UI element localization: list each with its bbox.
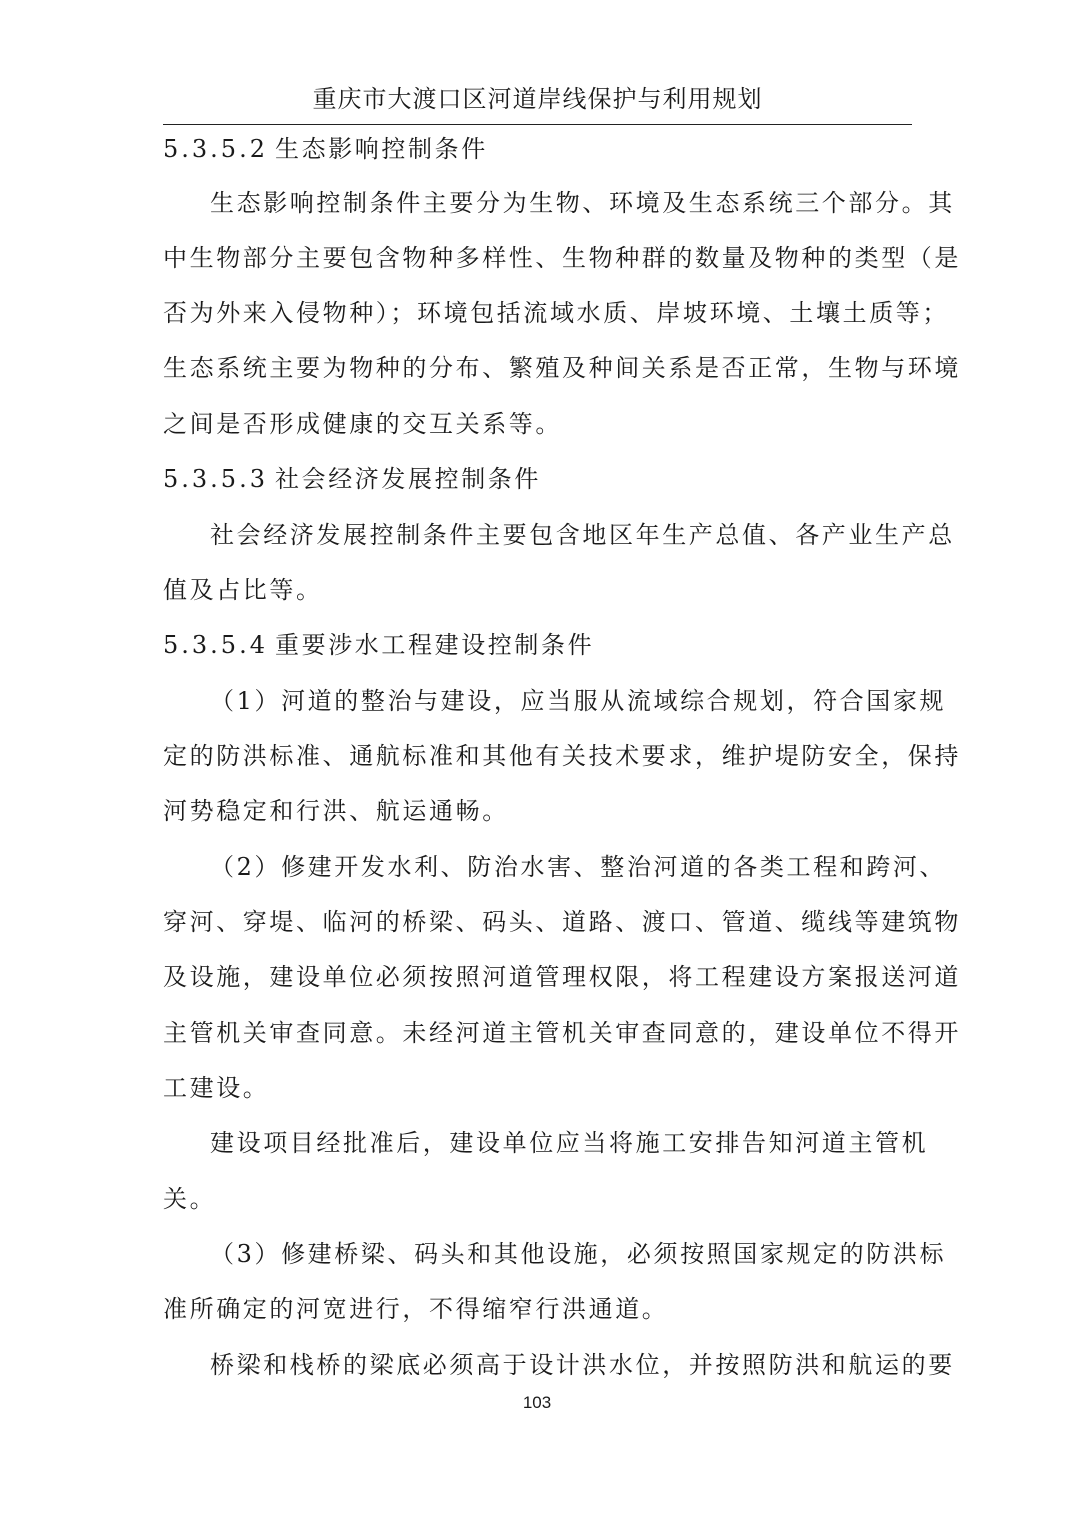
paragraph-line: 否为外来入侵物种）；环境包括流域水质、岸坡环境、土壤土质等； bbox=[163, 296, 912, 330]
section-title: 生态影响控制条件 bbox=[275, 135, 488, 163]
section-number: 5.3.5.2 bbox=[163, 132, 275, 166]
paragraph-line: 建设项目经批准后，建设单位应当将施工安排告知河道主管机 bbox=[210, 1126, 912, 1160]
paragraph-line: 河势稳定和行洪、航运通畅。 bbox=[163, 794, 912, 828]
section-title: 社会经济发展控制条件 bbox=[275, 465, 541, 493]
paragraph-line: 生态影响控制条件主要分为生物、环境及生态系统三个部分。其 bbox=[210, 186, 912, 220]
paragraph-line: （1）河道的整治与建设，应当服从流域综合规划，符合国家规 bbox=[210, 684, 912, 718]
section-heading-5-3-5-4: 5.3.5.4重要涉水工程建设控制条件 bbox=[163, 628, 912, 662]
page-number: 103 bbox=[0, 1392, 1074, 1414]
section-heading-5-3-5-2: 5.3.5.2生态影响控制条件 bbox=[163, 132, 912, 166]
paragraph-line: 工建设。 bbox=[163, 1071, 912, 1105]
paragraph-line: 定的防洪标准、通航标准和其他有关技术要求，维护堤防安全，保持 bbox=[163, 739, 912, 773]
paragraph-line: 穿河、穿堤、临河的桥梁、码头、道路、渡口、管道、缆线等建筑物 bbox=[163, 905, 912, 939]
paragraph-line: 之间是否形成健康的交互关系等。 bbox=[163, 407, 912, 441]
paragraph-line: 桥梁和栈桥的梁底必须高于设计洪水位，并按照防洪和航运的要 bbox=[210, 1348, 912, 1382]
section-heading-5-3-5-3: 5.3.5.3社会经济发展控制条件 bbox=[163, 462, 912, 496]
paragraph-line: 值及占比等。 bbox=[163, 573, 912, 607]
paragraph-line: 主管机关审查同意。未经河道主管机关审查同意的，建设单位不得开 bbox=[163, 1016, 912, 1050]
paragraph-line: 关。 bbox=[163, 1182, 912, 1216]
section-number: 5.3.5.3 bbox=[163, 462, 275, 496]
section-number: 5.3.5.4 bbox=[163, 628, 275, 662]
paragraph-line: 中生物部分主要包含物种多样性、生物种群的数量及物种的类型（是 bbox=[163, 241, 912, 275]
paragraph-line: 及设施，建设单位必须按照河道管理权限，将工程建设方案报送河道 bbox=[163, 960, 912, 994]
paragraph-line: 准所确定的河宽进行，不得缩窄行洪通道。 bbox=[163, 1292, 912, 1326]
paragraph-line: 社会经济发展控制条件主要包含地区年生产总值、各产业生产总 bbox=[210, 518, 912, 552]
section-title: 重要涉水工程建设控制条件 bbox=[275, 631, 594, 659]
paragraph-line: 生态系统主要为物种的分布、繁殖及种间关系是否正常，生物与环境 bbox=[163, 351, 912, 385]
header-divider bbox=[163, 124, 912, 125]
running-header-title: 重庆市大渡口区河道岸线保护与利用规划 bbox=[163, 84, 912, 114]
paragraph-line: （2）修建开发水利、防治水害、整治河道的各类工程和跨河、 bbox=[210, 850, 912, 884]
paragraph-line: （3）修建桥梁、码头和其他设施，必须按照国家规定的防洪标 bbox=[210, 1237, 912, 1271]
